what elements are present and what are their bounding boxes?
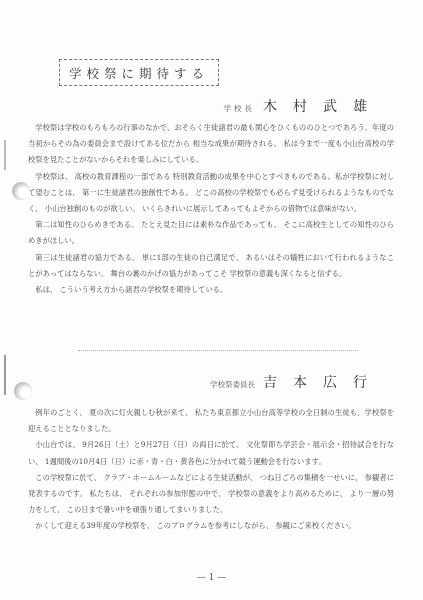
author-name: 吉本広行 — [263, 372, 383, 392]
paragraph: 学校祭は、 高校の教育課程の一部である 特別教育活動の成果を中心とすべきものであ… — [28, 169, 394, 218]
binding-mark — [4, 140, 6, 170]
binding-mark — [4, 355, 6, 395]
page-title: 学校祭に期待する — [59, 59, 219, 86]
paragraph: 学校祭は学校のもろもろの行事のなかで、おそらく生徒諸君の最も関心をひくもののひと… — [28, 120, 394, 169]
punch-hole-icon — [12, 182, 30, 200]
paragraph: 例年のごとく、 夏の次に灯火親しむ秋が来て、 私たち東京都立小山台高等学校の全日… — [28, 405, 394, 437]
author-name: 木村武雄 — [263, 96, 383, 116]
committee-chair-byline: 学校祭委員長 吉本広行 — [210, 372, 383, 392]
document-page: 学校祭に期待する 学校長 木村武雄 学校祭は学校のもろもろの行事のなかで、おそら… — [0, 0, 423, 600]
committee-message: 例年のごとく、 夏の次に灯火親しむ秋が来て、 私たち東京都立小山台高等学校の全日… — [28, 405, 394, 535]
paragraph: 小山台では、 9月26日（土）と9月27日（日）の両日に於て、 文化祭即ち学芸会… — [28, 437, 394, 469]
page-number: — 1 — — [0, 573, 423, 583]
principal-message: 学校祭は学校のもろもろの行事のなかで、おそらく生徒諸君の最も関心をひくもののひと… — [28, 120, 394, 298]
punch-hole-icon — [14, 382, 32, 400]
author-role: 学校祭委員長 — [210, 379, 255, 390]
section-divider — [78, 350, 358, 351]
author-role: 学校長 — [224, 103, 256, 114]
paragraph: 第二は知性のひらめきである。 たとえ見た目には素朴な作品であっても、 そこに高校… — [28, 217, 394, 249]
paragraph: かくして迎える39年度の学校祭を、 このプログラムを参考にしながら、 参観にご来… — [28, 518, 394, 534]
paragraph: この学校祭に於て、 クラブ・ホームルームなどによる生徒活動が、 つね日ごろの集積… — [28, 470, 394, 519]
paragraph: 私は、 こういう考え方から諸君の学校祭を期待している。 — [28, 282, 394, 298]
paragraph: 第三は生徒諸君の協力である。 単に1部の生徒の自己満足で、 あるいはその犠牲にお… — [28, 250, 394, 282]
principal-byline: 学校長 木村武雄 — [224, 96, 384, 116]
